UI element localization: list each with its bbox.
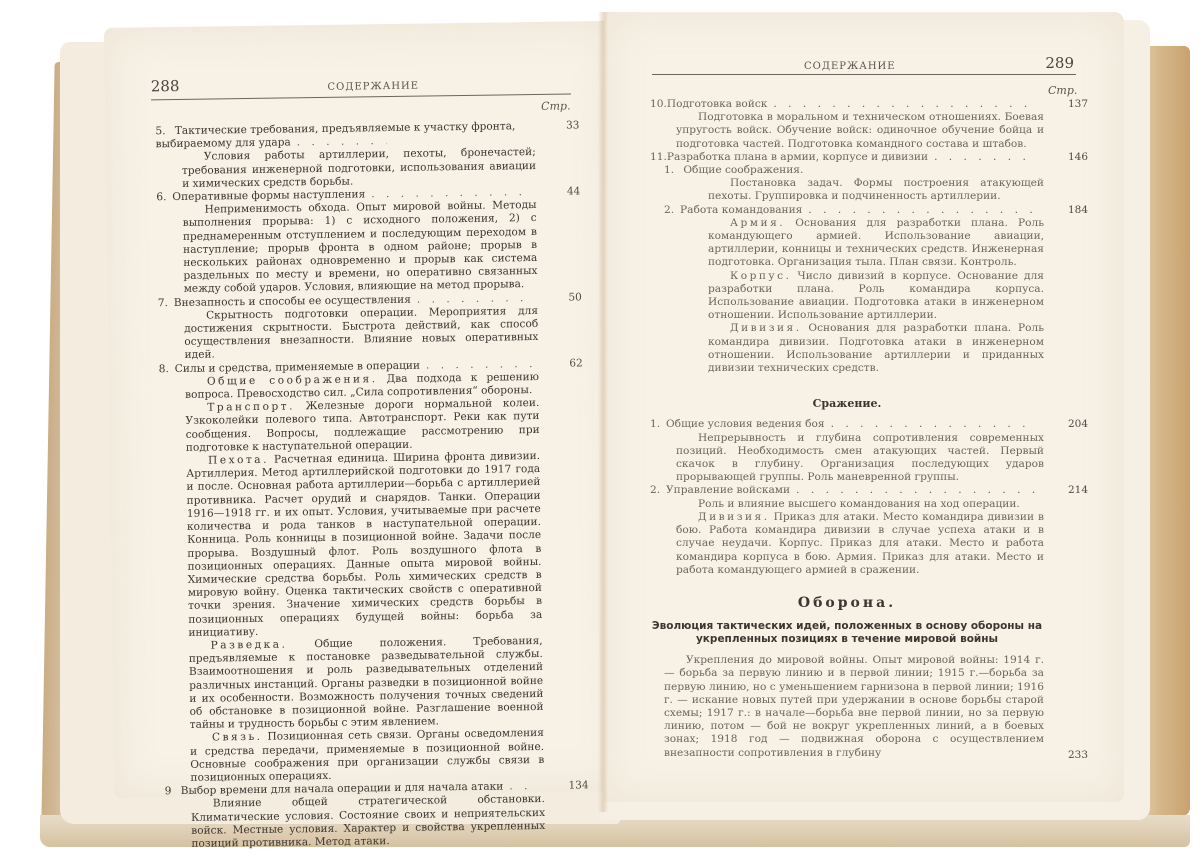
page-column-label: Стр. xyxy=(1048,84,1077,97)
page-number: 288 xyxy=(151,77,180,95)
subentry-number: 2. xyxy=(664,204,680,217)
entry-page-ref: 233 xyxy=(1068,749,1088,762)
entry-page-ref: 146 xyxy=(1068,151,1088,164)
entry-title: Общие условия ведения боя xyxy=(666,418,825,431)
entry-paragraph: Разведка. Общие положения. Требования, п… xyxy=(189,635,544,732)
paragraph-lead: Пехота. xyxy=(208,454,269,467)
subentry-paragraph: Постановка задач. Формы построения атаку… xyxy=(708,177,1044,203)
entry-page-ref: 50 xyxy=(568,291,582,304)
entry-description: Условия работы артиллерии, пехоты, броне… xyxy=(182,146,537,191)
entry-paragraph: Пехота. Расчетная единица. Ширина фронта… xyxy=(186,450,543,640)
entry-number: 8. xyxy=(159,363,175,376)
toc-entry[interactable]: 1.Общие условия ведения боя 204 Непрерыв… xyxy=(650,418,1044,484)
header-rule xyxy=(652,74,1076,75)
left-page-header: 288 СОДЕРЖАНИЕ xyxy=(151,71,571,95)
subentry-paragraph: Корпус. Число дивизий в корпусе. Основан… xyxy=(708,270,1044,323)
paragraph-lead: Разведка. xyxy=(211,638,288,651)
toc-entry[interactable]: 5. Тактические требования, предъявляемые… xyxy=(155,120,536,191)
entry-page-ref: 44 xyxy=(567,185,581,198)
entry-page-ref: 214 xyxy=(1068,484,1088,497)
entry-number: 6. xyxy=(156,191,172,204)
subentry-title: Работа командования xyxy=(680,204,802,217)
subentry-title: Общие соображения. xyxy=(683,164,803,176)
dot-leader xyxy=(796,484,1038,497)
right-page-header: СОДЕРЖАНИЕ 289 xyxy=(654,54,1074,72)
page-number: 289 xyxy=(1045,54,1074,72)
paragraph-lead: Армия. xyxy=(730,217,785,229)
dot-leader xyxy=(773,98,1038,111)
toc-entry[interactable]: Укрепления до мировой войны. Опыт мирово… xyxy=(650,654,1044,760)
subentry-paragraph: Дивизия. Основания для разработки плана.… xyxy=(708,322,1044,375)
section-text: Укрепления до мировой войны. Опыт мирово… xyxy=(664,654,1044,760)
entry-description: Неприменимость обхода. Опыт мировой войн… xyxy=(182,199,537,296)
header-rule xyxy=(151,93,571,100)
dot-leader xyxy=(509,780,539,794)
toc-entry[interactable]: 6.Оперативные формы наступления 44 Непри… xyxy=(156,186,537,297)
entry-paragraph: Дивизия. Приказ для атаки. Место команди… xyxy=(676,511,1044,577)
entry-number: 11. xyxy=(650,151,667,164)
subentry-paragraph: Армия. Основания для разработки плана. Р… xyxy=(708,217,1044,270)
entry-description: Подготовка в моральном и техническом отн… xyxy=(676,111,1044,151)
entry-paragraph: Транспорт. Железные дороги нормальной ко… xyxy=(185,397,540,455)
subentry-page-ref: 184 xyxy=(1068,204,1088,217)
entry-number: 2. xyxy=(650,484,666,497)
entry-page-ref: 134 xyxy=(568,779,588,792)
dot-leader xyxy=(808,204,1038,217)
toc-entry[interactable]: 7.Внезапность и способы ее осуществления… xyxy=(158,292,539,363)
dot-leader xyxy=(934,151,1038,164)
entry-title: Разработка плана в армии, корпусе и диви… xyxy=(667,151,928,164)
paragraph-lead: Общие соображения. xyxy=(207,373,378,387)
section-heading-battle: Сражение. xyxy=(650,397,1044,410)
toc-subentry[interactable]: 1. Общие соображения. Постановка задач. … xyxy=(650,164,1044,204)
toc-entry[interactable]: 11.Разработка плана в армии, корпусе и д… xyxy=(650,151,1044,375)
paragraph-lead: Дивизия. xyxy=(698,511,770,523)
right-page: СОДЕРЖАНИЕ 289 Стр. 10.Подготовка войск … xyxy=(604,12,1124,802)
left-page: 288 СОДЕРЖАНИЕ Стр. 5. Тактические требо… xyxy=(104,21,625,798)
entry-number: 1. xyxy=(650,418,666,431)
entry-number: 10. xyxy=(650,98,667,111)
paragraph-lead: Связь. xyxy=(212,731,263,744)
running-title: СОДЕРЖАНИЕ xyxy=(804,61,896,72)
entry-page-ref: 137 xyxy=(1068,98,1088,111)
subentry-number: 1. xyxy=(664,164,680,177)
page-column-label: Стр. xyxy=(541,99,571,112)
entry-title: Подготовка войск xyxy=(667,98,768,111)
toc-subentry[interactable]: 2.Работа командования 184 Армия. Основан… xyxy=(650,204,1044,376)
toc-entry[interactable]: 8.Силы и средства, применяемые в операци… xyxy=(159,358,545,786)
entry-description: Скрытность подготовки операции. Мероприя… xyxy=(184,305,539,363)
toc-entry[interactable]: 2.Управление войсками 214 Роль и влияние… xyxy=(650,484,1044,576)
section-heading-defense: Оборона. xyxy=(650,597,1044,610)
entry-paragraph: Связь. Позиционная сеть связи. Органы ос… xyxy=(190,727,545,785)
table-of-contents: 10.Подготовка войск 137 Подготовка в мор… xyxy=(650,98,1044,760)
entry-page-ref: 204 xyxy=(1068,418,1088,431)
book-gutter xyxy=(598,12,608,812)
entry-page-ref: 33 xyxy=(566,119,580,132)
table-of-contents: 5. Тактические требования, предъявляемые… xyxy=(155,120,545,851)
dot-leader xyxy=(297,135,387,149)
toc-entry[interactable]: 9Выбор времени для начала операции и для… xyxy=(165,780,546,851)
paragraph-text: Расчетная единица. Ширина фронта дивизии… xyxy=(186,450,542,639)
paragraph-lead: Корпус. xyxy=(730,270,791,282)
section-subheading: Эволюция тактических идей, положенных в … xyxy=(650,620,1044,646)
running-title: СОДЕРЖАНИЕ xyxy=(327,81,419,93)
entry-number: 7. xyxy=(158,297,174,310)
entry-page-ref: 62 xyxy=(569,357,583,370)
toc-entry[interactable]: 10.Подготовка войск 137 Подготовка в мор… xyxy=(650,98,1044,151)
open-book: 288 СОДЕРЖАНИЕ Стр. 5. Тактические требо… xyxy=(0,0,1200,856)
paragraph-lead: Дивизия. xyxy=(730,322,802,334)
entry-description: Влияние общей стратегической обстановки.… xyxy=(191,793,546,851)
dot-leader xyxy=(831,418,1038,431)
entry-description: Непрерывность и глубина сопротивления со… xyxy=(676,432,1044,485)
paragraph-text: Роль и влияние высшего командования на х… xyxy=(698,498,1020,510)
paragraph-lead: Транспорт. xyxy=(207,401,295,414)
entry-number: 9 xyxy=(165,785,181,798)
entry-title: Управление войсками xyxy=(666,484,790,497)
entry-number: 5. xyxy=(155,125,171,138)
entry-paragraph: Роль и влияние высшего командования на х… xyxy=(676,498,1044,511)
